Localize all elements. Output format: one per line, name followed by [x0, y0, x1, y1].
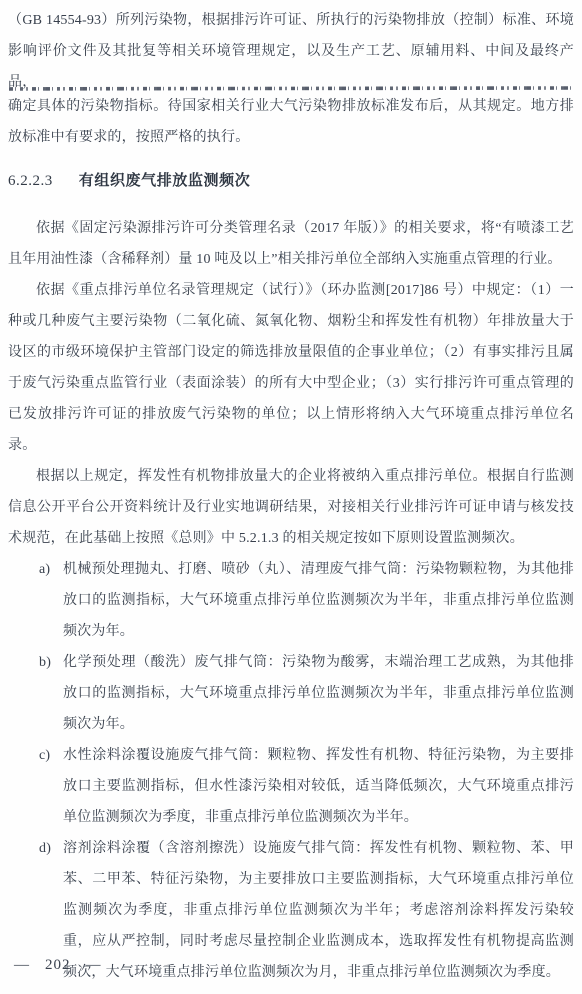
- section-title: 有组织废气排放监测频次: [79, 170, 251, 192]
- list-item-b: b) 化学预处理（酸洗）废气排气筒：污染物为酸雾，末端治理工艺成熟，为其他排放口…: [39, 647, 574, 740]
- list-marker-d: d): [39, 833, 51, 864]
- list-text-d: 溶剂涂料涂覆（含溶剂擦洗）设施废气排气筒：挥发性有机物、颗粒物、苯、甲苯、二甲苯…: [63, 841, 574, 980]
- document-page: （GB 14554-93）所列污染物，根据排污许可证、所执行的污染物排放（控制）…: [0, 0, 582, 994]
- intro-paragraph-part2: 确定具体的污染物指标。待国家相关行业大气污染物排放标准发布后，从其规定。地方排放…: [8, 91, 574, 153]
- section-heading: 6.2.2.3 有组织废气排放监测频次: [8, 170, 574, 192]
- footer-right-dash: —: [86, 950, 102, 981]
- list-marker-a: a): [39, 554, 50, 585]
- list-text-b: 化学预处理（酸洗）废气排气筒：污染物为酸雾，末端治理工艺成熟，为其他排放口的监测…: [63, 655, 574, 732]
- paragraph-key-unit-regulation: 依据《重点排污单位名录管理规定（试行）》（环办监测[2017]86 号）中规定：…: [8, 275, 574, 461]
- document-body: （GB 14554-93）所列污染物，根据排污许可证、所执行的污染物排放（控制）…: [8, 5, 574, 988]
- page-footer: — 202 —: [14, 950, 102, 981]
- page-number: 202: [45, 950, 71, 981]
- list-marker-b: b): [39, 647, 51, 678]
- paragraph-classification-catalog: 依据《固定污染源排污许可分类管理名录（2017 年版）》的相关要求，将“有喷漆工…: [8, 213, 574, 275]
- list-marker-c: c): [39, 740, 50, 771]
- list-item-a: a) 机械预处理抛丸、打磨、喷砂（丸）、清理废气排气筒：污染物颗粒物，为其他排放…: [39, 554, 574, 647]
- list-item-c: c) 水性涂料涂覆设施废气排气筒：颗粒物、挥发性有机物、特征污染物，为主要排放口…: [39, 740, 574, 833]
- intro-paragraph-part1: （GB 14554-93）所列污染物，根据排污许可证、所执行的污染物排放（控制）…: [8, 5, 574, 98]
- monitoring-frequency-list: a) 机械预处理抛丸、打磨、喷砂（丸）、清理废气排气筒：污染物颗粒物，为其他排放…: [8, 554, 574, 988]
- footer-left-dash: —: [14, 950, 30, 981]
- list-text-c: 水性涂料涂覆设施废气排气筒：颗粒物、挥发性有机物、特征污染物，为主要排放口主要监…: [63, 748, 574, 825]
- list-text-a: 机械预处理抛丸、打磨、喷砂（丸）、清理废气排气筒：污染物颗粒物，为其他排放口的监…: [63, 562, 574, 639]
- paragraph-monitoring-principles: 根据以上规定，挥发性有机物排放量大的企业将被纳入重点排污单位。根据自行监测信息公…: [8, 461, 574, 554]
- section-number: 6.2.2.3: [8, 170, 53, 192]
- list-item-d: d) 溶剂涂料涂覆（含溶剂擦洗）设施废气排气筒：挥发性有机物、颗粒物、苯、甲苯、…: [39, 833, 574, 988]
